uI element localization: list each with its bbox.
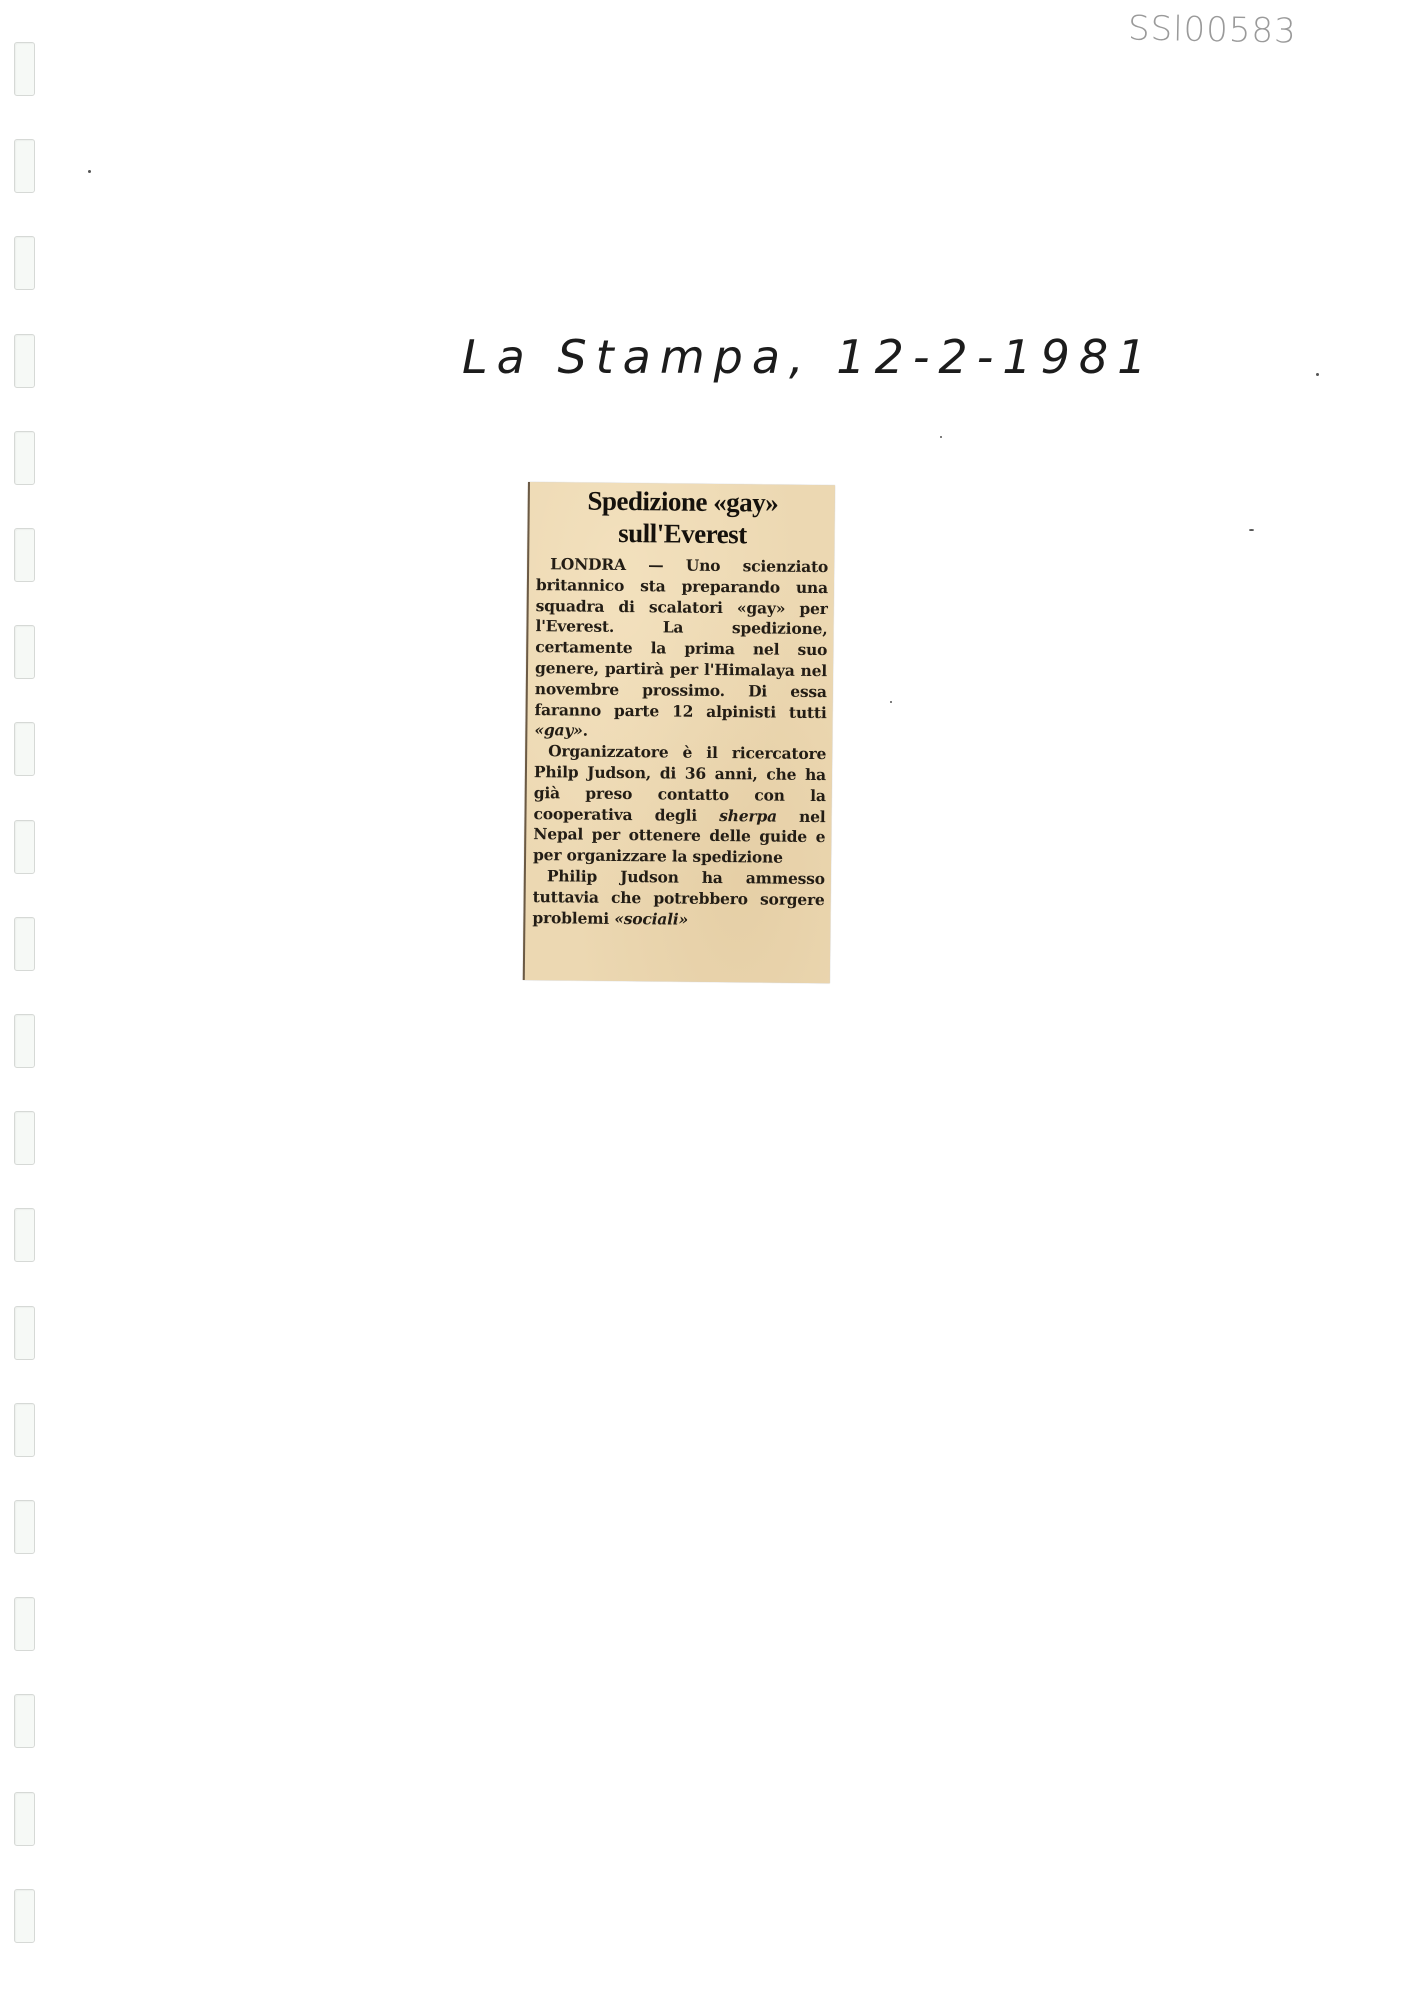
headline-line-1: Spedizione «gay» — [537, 484, 829, 519]
dust-speck — [1249, 529, 1254, 531]
binder-hole — [14, 42, 35, 96]
binder-hole — [14, 431, 35, 485]
paragraph-text: . — [583, 721, 588, 740]
dust-speck — [1316, 373, 1319, 376]
binder-hole — [14, 1500, 35, 1554]
source-date-handwritten: La Stampa, 12-2-1981 — [462, 330, 1155, 384]
clipping-paragraph: Organizzatore è il ricercatore Philp Jud… — [533, 741, 826, 869]
binder-hole — [14, 1014, 35, 1068]
binder-hole — [14, 1694, 35, 1748]
dust-speck — [890, 701, 892, 703]
headline-line-2: sull'Everest — [536, 516, 828, 551]
binder-hole — [14, 917, 35, 971]
italic-text: «sociali» — [614, 908, 688, 928]
binder-hole — [14, 625, 35, 679]
binder-hole — [14, 1597, 35, 1651]
clipping-paragraph: LONDRA — Uno scienziato britannico sta p… — [534, 554, 828, 744]
clipping-body: LONDRA — Uno scienziato britannico sta p… — [532, 554, 828, 931]
binder-holes — [14, 0, 36, 2000]
binder-hole — [14, 1208, 35, 1262]
newspaper-clipping: Spedizione «gay» sull'Everest LONDRA — U… — [523, 482, 835, 983]
binder-hole — [14, 236, 35, 290]
binder-hole — [14, 722, 35, 776]
archive-id-handwritten: SSl00583 — [1128, 9, 1297, 52]
clipping-paragraph: Philip Judson ha ammesso tuttavia che po… — [532, 866, 825, 931]
dust-speck — [88, 170, 91, 173]
binder-hole — [14, 820, 35, 874]
binder-hole — [14, 528, 35, 582]
italic-text: «gay» — [534, 720, 582, 740]
clipping-headline: Spedizione «gay» sull'Everest — [536, 484, 829, 551]
binder-hole — [14, 139, 35, 193]
binder-hole — [14, 1792, 35, 1846]
binder-hole — [14, 334, 35, 388]
binder-hole — [14, 1306, 35, 1360]
paragraph-text: LONDRA — Uno scienziato britannico sta p… — [535, 554, 829, 721]
italic-text: sherpa — [719, 806, 777, 826]
dust-speck — [940, 436, 942, 438]
binder-hole — [14, 1889, 35, 1943]
binder-hole — [14, 1403, 35, 1457]
binder-hole — [14, 1111, 35, 1165]
